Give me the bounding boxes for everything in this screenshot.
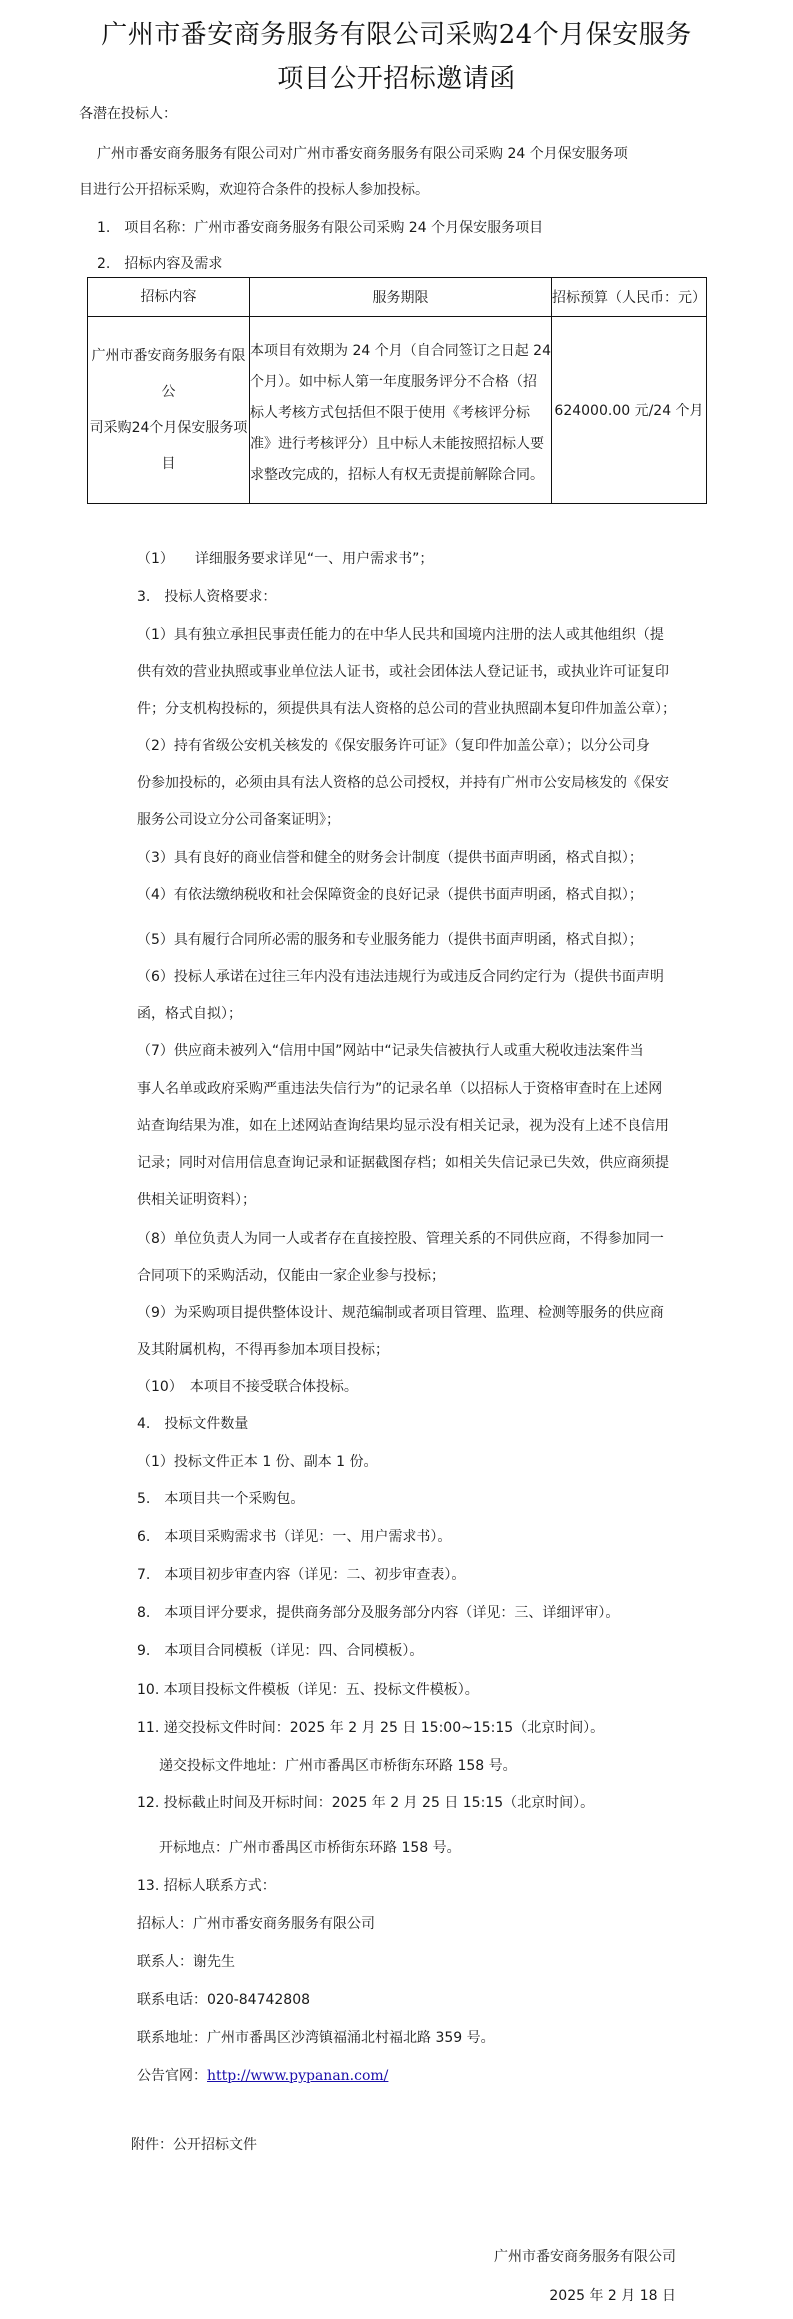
signature-date: 2025 年 2 月 18 日 [549,2285,676,2305]
cell-service-period: 本项目有效期为 24 个月（自合同签订之日起 24 个月）。如中标人第一年度服务… [250,317,552,504]
section-3-heading: 3. 投标人资格要求： [137,587,276,607]
contact-address: 联系地址：广州市番禺区沙湾镇福涌北村福北路 359 号。 [137,2028,495,2048]
cell-budget: 624000.00 元/24 个月 [552,317,707,504]
section-2-heading: 2. 招标内容及需求 [97,254,222,274]
intro-line-1: 广州市番安商务服务有限公司对广州市番安商务服务有限公司采购 24 个月保安服务项 [97,144,628,164]
website-link[interactable]: http://www.pypanan.com/ [207,2068,388,2084]
table-header-row: 招标内容 服务期限 招标预算（人民币：元） [88,278,707,317]
bid-content-table: 招标内容 服务期限 招标预算（人民币：元） 广州市番安商务服务有限公 司采购24… [87,277,707,504]
intro-line-2: 目进行公开招标采购，欢迎符合条件的投标人参加投标。 [79,180,429,200]
header-service-period: 服务期限 [250,278,552,317]
header-bid-content: 招标内容 [88,278,250,317]
header-budget: 招标预算（人民币：元） [552,278,707,317]
attachment-note: 附件：公开招标文件 [131,2135,257,2155]
table-row: 广州市番安商务服务有限公 司采购24个月保安服务项目 本项目有效期为 24 个月… [88,317,707,504]
section-1-project-name: 1. 项目名称：广州市番安商务服务有限公司采购 24 个月保安服务项目 [97,218,543,238]
contact-tenderer: 招标人：广州市番安商务服务有限公司 [137,1914,375,1934]
contact-website: 公告官网：http://www.pypanan.com/ [137,2066,388,2086]
section-4-item: （1）投标文件正本 1 份、副本 1 份。 [137,1452,378,1472]
contact-person: 联系人：谢先生 [137,1952,235,1972]
contact-phone: 联系电话：020-84742808 [137,1990,310,2010]
section-4-heading: 4. 投标文件数量 [137,1414,248,1434]
website-label: 公告官网： [137,2068,207,2084]
note-1: （1） 详细服务要求详见“一、用户需求书”； [137,549,433,569]
signature-company: 广州市番安商务服务有限公司 [494,2246,676,2266]
title-line-2: 项目公开招标邀请函 [0,58,793,95]
salutation: 各潜在投标人： [79,104,177,124]
title-line-1: 广州市番安商务服务有限公司采购24个月保安服务 [0,14,793,51]
cell-bid-content: 广州市番安商务服务有限公 司采购24个月保安服务项目 [88,317,250,504]
